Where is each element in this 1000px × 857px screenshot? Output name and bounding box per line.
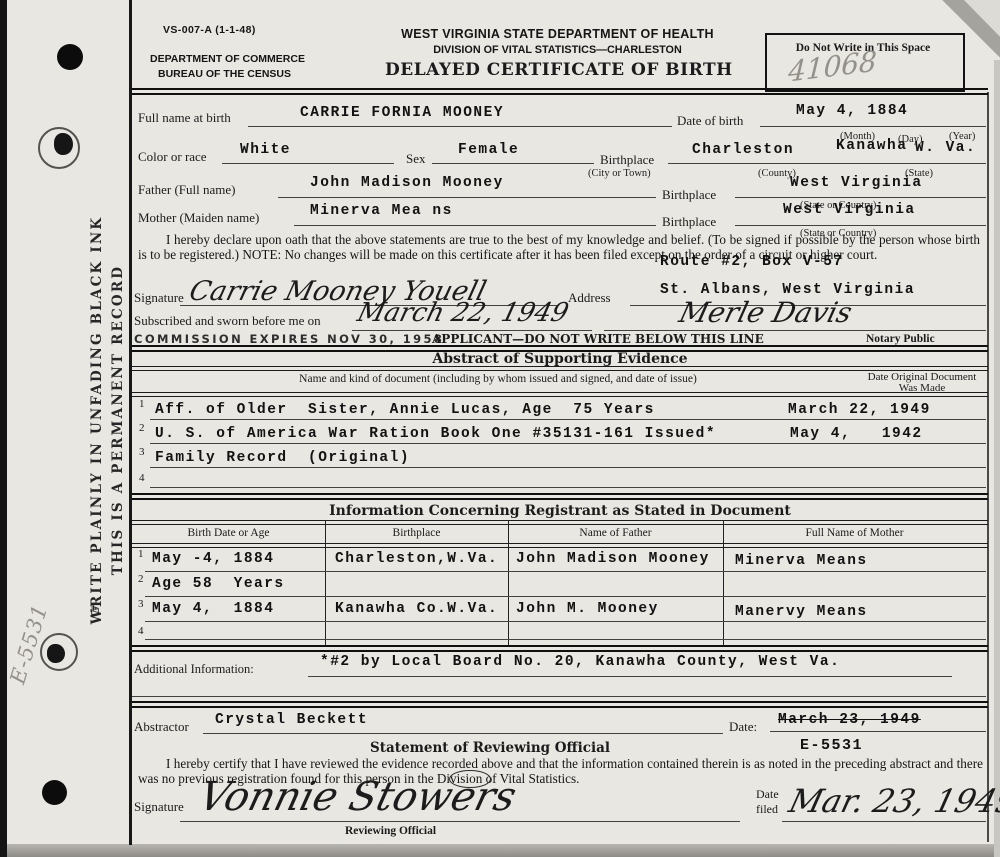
scan-edge-right [994,60,1000,857]
reviewing-section-title: Statement of Reviewing Official [300,740,680,756]
write-line [352,330,592,331]
father-birthplace-label: Birthplace [662,187,716,203]
write-line [150,443,986,444]
registrant-row-number: 1 [138,548,144,560]
margin-instruction-line2: THIS IS A PERMANENT RECORD [110,265,126,575]
signature-label: Signature [134,290,184,306]
registrant-birth: Age 58 Years [152,576,285,592]
race-value: White [240,142,291,158]
write-line [668,163,986,164]
registrant-place: Charleston,W.Va. [335,551,498,567]
write-line [735,197,986,198]
section-rule [132,493,988,500]
registrant-row-number: 4 [138,625,144,637]
punch-hole-icon [38,127,80,169]
race-label: Color or race [138,149,207,165]
birthplace-state-value: W. Va. [915,140,976,156]
evidence-row-number: 4 [139,472,145,484]
header-rule [132,88,988,95]
notary-public-label: Notary Public [866,333,935,345]
scan-edge-bottom [0,844,1000,857]
write-line [782,821,986,822]
write-line [145,621,986,622]
agency-line2: BUREAU OF THE CENSUS [158,68,291,80]
additional-info-value: *#2 by Local Board No. 20, Kanawha Count… [320,654,840,670]
declaration-text: I hereby declare upon oath that the abov… [138,233,980,263]
form-number: VS-007-A (1-1-48) [163,24,256,36]
father-label: Father (Full name) [138,182,235,198]
sworn-date-handwritten: March 22, 1949 [354,298,571,328]
registrant-col-header: Birthplace [325,527,508,539]
page-title: DELAYED CERTIFICATE OF BIRTH [385,60,730,80]
notary-signature: Merle Davis [676,296,856,329]
write-line [203,733,723,734]
sworn-label: Subscribed and sworn before me on [134,313,321,329]
registrant-father: John M. Mooney [516,601,659,617]
punch-hole-blob [54,133,73,155]
evidence-row-text: Aff. of Older Sister, Annie Lucas, Age 7… [155,402,655,418]
registrant-section-title: Information Concerning Registrant as Sta… [132,503,988,519]
write-line [278,197,656,198]
full-name-label: Full name at birth [138,110,231,126]
date-filed-label-1: Date [756,787,779,802]
abstract-date-value: March 23, 1949 [778,712,921,728]
date-filed-label-2: filed [756,802,778,817]
abstract-date-label: Date: [729,719,757,735]
rule [132,392,988,397]
write-line [294,225,656,226]
write-line [770,731,986,732]
rule [132,543,988,548]
punch-hole-blob [47,644,65,663]
evidence-row-text: U. S. of America War Ration Book One #35… [155,426,716,442]
evidence-doc-column-header: Name and kind of document (including by … [140,373,856,385]
write-line [222,163,394,164]
division-title: DIVISION OF VITAL STATISTICS—CHARLESTON [385,44,730,56]
abstractor-value: Crystal Beckett [215,712,368,728]
registrant-mother: Minerva Means [735,553,868,569]
reviewing-signature-label: Signature [134,799,184,815]
evidence-row-date: March 22, 1949 [788,402,931,418]
address-label: Address [568,290,611,306]
registrant-col-header: Full Name of Mother [723,527,986,539]
father-birthplace-value: West Virginia [790,175,923,191]
punch-hole-icon [57,44,83,70]
registrant-father: John Madison Mooney [516,551,710,567]
punch-hole-icon [40,633,78,671]
father-value: John Madison Mooney [310,175,504,191]
date-filed-value: Mar. 23, 1949 [785,782,1000,820]
registrant-birth: May 4, 1884 [152,601,274,617]
write-line [150,467,986,468]
write-line [760,126,986,127]
full-name-value: CARRIE FORNIA MOONEY [300,105,504,121]
evidence-row-number: 1 [139,398,145,410]
abstractor-label: Abstractor [134,719,189,735]
evidence-row-number: 2 [139,422,145,434]
write-line [735,225,986,226]
registrant-birth: May -4, 1884 [152,551,274,567]
sex-label: Sex [406,151,426,167]
evidence-row-text: Family Record (Original) [155,450,410,466]
scan-edge-left [0,0,7,857]
registrant-row-number: 2 [138,573,144,585]
registrant-col-header: Name of Father [508,527,723,539]
commission-stamp: COMMISSION EXPIRES NOV 30, 1958 [134,332,444,346]
write-line [248,126,672,127]
rule [132,520,988,525]
punch-hole-icon [42,780,67,805]
write-line [132,696,986,697]
mother-value: Minerva Mea ns [310,203,453,219]
birthplace-county-value: Kanawha [836,138,907,154]
margin-instruction-line1: WRITE PLAINLY IN UNFADING BLACK INK [89,216,105,625]
write-line [145,571,986,572]
reviewing-official-label: Reviewing Official [345,825,436,837]
evidence-row-date: May 4, 1942 [790,426,923,442]
additional-info-label: Additional Information: [134,662,254,677]
mother-label: Mother (Maiden name) [138,210,259,226]
section-rule [132,701,988,708]
sex-value: Female [458,142,519,158]
evidence-row-number: 3 [139,446,145,458]
write-line [150,419,986,420]
applicant-note: APPLICANT—DO NOT WRITE BELOW THIS LINE [432,332,764,346]
mother-birthplace-value: West Virginia [783,202,916,218]
form-left-border [129,0,132,845]
dob-label: Date of birth [677,113,743,129]
city-or-town-label: (City or Town) [588,168,651,179]
write-line [145,639,986,640]
reviewing-signature: Vonnie Stowers [194,774,521,820]
birthplace-label: Birthplace [600,152,654,168]
evidence-section-title: Abstract of Supporting Evidence [132,351,988,367]
section-rule [132,645,988,652]
write-line [150,487,986,488]
write-line [432,163,594,164]
write-line [145,596,986,597]
signature-line [180,821,740,822]
registrant-mother: Manervy Means [735,604,868,620]
registrant-place: Kanawha Co.W.Va. [335,601,498,617]
route-address-value: Route #2, Box V-57 [660,254,844,270]
dob-value: May 4, 1884 [796,103,908,119]
write-line [308,676,952,677]
agency-line1: DEPARTMENT OF COMMERCE [150,53,305,65]
registrant-col-header: Birth Date or Age [132,527,325,539]
scanned-birth-certificate: WRITE PLAINLY IN UNFADING BLACK INK THIS… [0,0,1000,857]
department-title: WEST VIRGINIA STATE DEPARTMENT OF HEALTH [385,27,730,41]
notary-signature-line [604,330,986,331]
birthplace-city-value: Charleston [692,142,794,158]
manicule-icon: ☞ [86,600,104,616]
stamp-number: E-5531 [800,737,863,754]
form-right-border [987,92,989,842]
registrant-row-number: 3 [138,598,144,610]
mother-birthplace-label: Birthplace [662,214,716,230]
